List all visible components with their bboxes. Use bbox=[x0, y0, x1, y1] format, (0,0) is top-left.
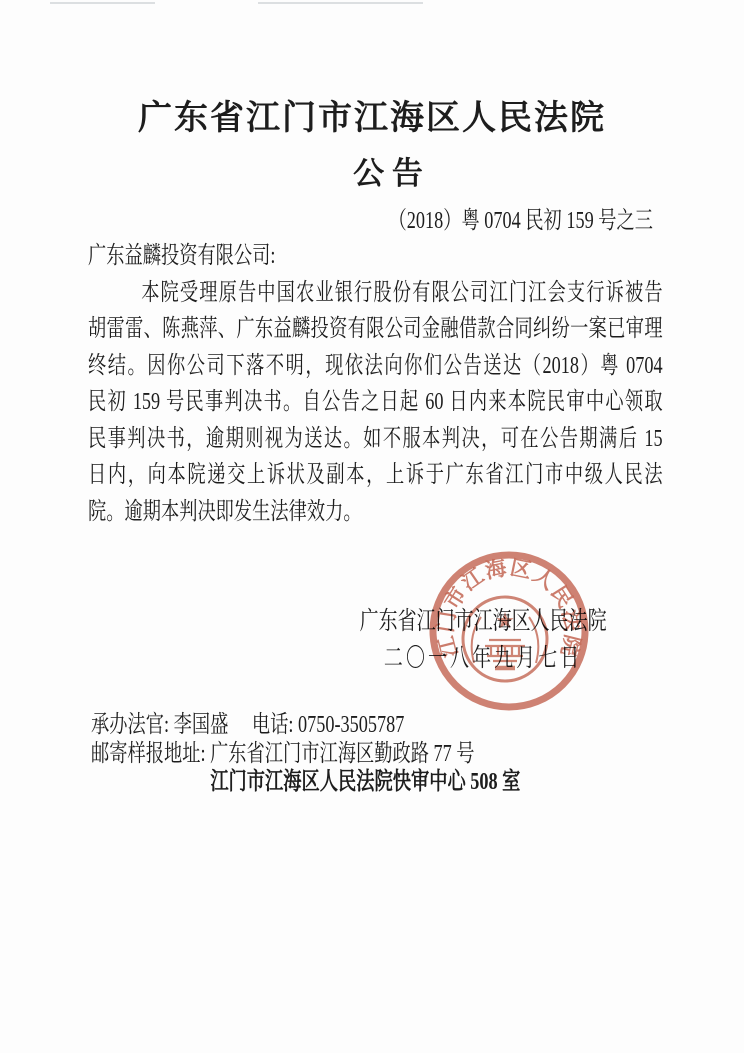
signature-court-name: 广东省江门市江海区人民法院 bbox=[352, 603, 614, 640]
signature-block: 广东省江门市江海区人民法院 二〇一八年九月七日 bbox=[352, 603, 614, 677]
mail-label: 邮寄样报地址: bbox=[91, 741, 206, 767]
scan-artifact bbox=[258, 2, 423, 4]
announcement-body: 广东益麟投资有限公司: 本院受理原告中国农业银行股份有限公司江门江会支行诉被告胡… bbox=[88, 238, 663, 530]
judge-name: 李国盛 bbox=[174, 712, 229, 738]
paragraph-line: 民事判决书，逾期则视为送达。如不服本判决，可在公告期满后 15 bbox=[88, 421, 663, 458]
scanned-court-announcement-page: 广东省江门市江海区人民法院 公 告 （2018）粤 0704 民初 159 号之… bbox=[0, 0, 744, 1053]
body-paragraph: 本院受理原告中国农业银行股份有限公司江门江会支行诉被告胡雷雷、陈燕萍、广东益麟投… bbox=[88, 275, 663, 531]
paragraph-line: 终结。因你公司下落不明，现依法向你们公告送达（2018）粤 0704 bbox=[88, 348, 663, 385]
salutation: 广东益麟投资有限公司: bbox=[88, 238, 663, 275]
judge-phone-row: 承办法官: 李国盛 电话: 0750-3505787 bbox=[91, 711, 714, 740]
signature-date: 二〇一八年九月七日 bbox=[352, 640, 614, 677]
contact-footer: 承办法官: 李国盛 电话: 0750-3505787 邮寄样报地址: 广东省江门… bbox=[91, 711, 714, 797]
phone-number: 0750-3505787 bbox=[298, 712, 404, 738]
announcement-title: 公 告 bbox=[16, 155, 744, 193]
judge-label: 承办法官: bbox=[91, 712, 169, 738]
mail-room-row: 江门市江海区人民法院快审中心 508 室 bbox=[91, 768, 714, 797]
paragraph-line: 胡雷雷、陈燕萍、广东益麟投资有限公司金融借款合同纠纷一案已审理 bbox=[88, 311, 663, 348]
phone-label: 电话: bbox=[252, 712, 294, 738]
paragraph-line: 民初 159 号民事判决书。自公告之日起 60 日内来本院民审中心领取 bbox=[88, 384, 663, 421]
scan-artifact bbox=[50, 2, 155, 4]
paragraph-line: 本院受理原告中国农业银行股份有限公司江门江会支行诉被告 bbox=[88, 275, 663, 312]
mail-address-row: 邮寄样报地址: 广东省江门市江海区勤政路 77 号 bbox=[91, 740, 714, 769]
court-title: 广东省江门市江海区人民法院 bbox=[0, 98, 744, 140]
mail-address: 广东省江门市江海区勤政路 77 号 bbox=[210, 741, 474, 767]
case-number: （2018）粤 0704 民初 159 号之三 bbox=[389, 206, 653, 236]
paragraph-line: 院。逾期本判决即发生法律效力。 bbox=[88, 494, 663, 531]
paragraph-line: 日内，向本院递交上诉状及副本，上诉于广东省江门市中级人民法 bbox=[88, 457, 663, 494]
